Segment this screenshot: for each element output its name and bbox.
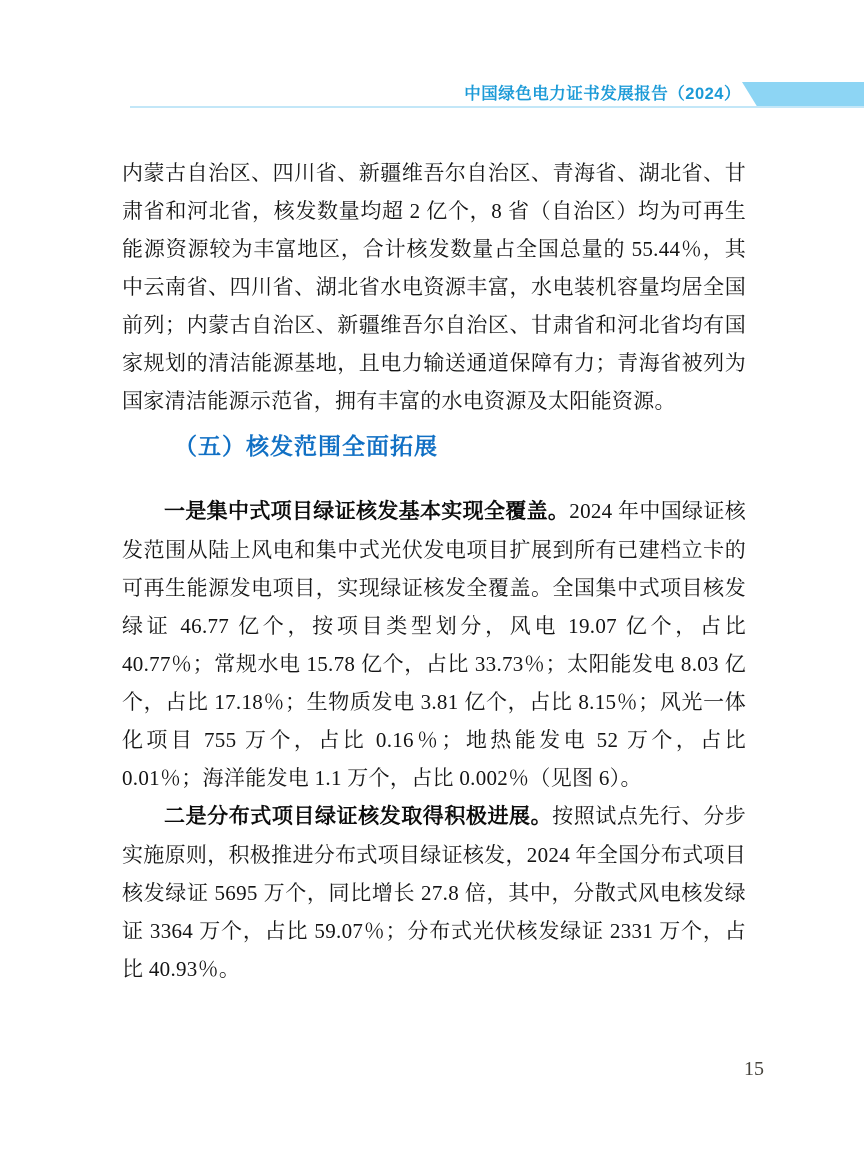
paragraph-provinces: 内蒙古自治区、四川省、新疆维吾尔自治区、青海省、湖北省、甘肃省和河北省，核发数量…	[122, 154, 746, 420]
report-title: 中国绿色电力证书发展报告（2024）	[464, 81, 741, 107]
paragraph-lead: 二是分布式项目绿证核发取得积极进展。	[164, 805, 552, 828]
section-heading: （五）核发范围全面拓展	[122, 427, 746, 465]
paragraph-distributed-projects: 二是分布式项目绿证核发取得积极进展。按照试点先行、分步实施原则，积极推进分布式项…	[122, 797, 746, 988]
paragraph-text: 2024 年中国绿证核发范围从陆上风电和集中式光伏发电项目扩展到所有已建档立卡的…	[122, 499, 746, 790]
page-body: 内蒙古自治区、四川省、新疆维吾尔自治区、青海省、湖北省、甘肃省和河北省，核发数量…	[122, 154, 746, 988]
paragraph-text: 按照试点先行、分步实施原则，积极推进分布式项目绿证核发，2024 年全国分布式项…	[122, 804, 746, 981]
header-ribbon-shape	[742, 82, 864, 108]
header-divider-line	[130, 106, 864, 108]
page-number: 15	[736, 1058, 772, 1081]
document-page: 中国绿色电力证书发展报告（2024） 内蒙古自治区、四川省、新疆维吾尔自治区、青…	[0, 0, 864, 1162]
paragraph-lead: 一是集中式项目绿证核发基本实现全覆盖。	[164, 500, 569, 523]
paragraph-centralized-projects: 一是集中式项目绿证核发基本实现全覆盖。2024 年中国绿证核发范围从陆上风电和集…	[122, 492, 746, 797]
